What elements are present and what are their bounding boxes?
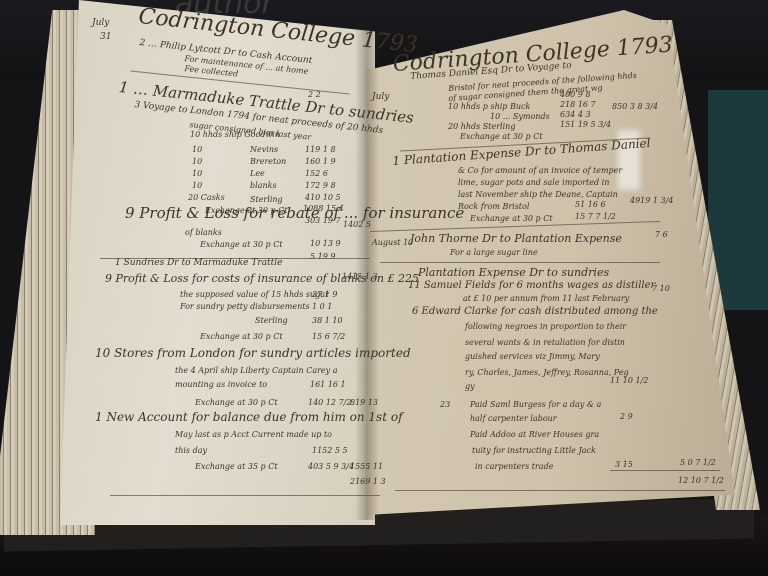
exchange-amount: 5 19 9 xyxy=(310,252,335,261)
entry-sub: following negroes in proportion to their xyxy=(465,322,626,331)
entry-paid-addoo: Paid Addoo at River Houses gra xyxy=(470,430,599,439)
entry-profit-loss-total: 1402 5 xyxy=(343,220,371,229)
entry-profit-loss: 9 Profit & Loss for rebate of ... for in… xyxy=(125,204,464,222)
entry-sub: the supposed value of 15 hhds sugar xyxy=(180,290,329,299)
entry-new-account: 1 New Account for balance due from him o… xyxy=(95,410,403,424)
entry-sub: at £ 10 per annum from 11 last February xyxy=(463,294,629,303)
entry-sub: this day xyxy=(175,446,207,455)
entry-total: 850 3 8 3/4 xyxy=(612,102,658,111)
entry-sub: 10 hhds p ship Buck xyxy=(448,102,530,111)
exchange-label: Exchange at 30 p Ct xyxy=(470,214,553,223)
entry-amount: 634 4 3 xyxy=(560,110,591,119)
entry-sub: in carpenters trade xyxy=(475,462,553,471)
item-name: Nevins xyxy=(250,145,278,154)
entry-amount: 37 1 9 xyxy=(312,290,337,299)
entry-total: 4919 1 3/4 xyxy=(630,196,673,205)
entry-amount: 51 16 6 xyxy=(575,200,606,209)
item-name: blanks xyxy=(250,181,277,190)
right-margin-date: July xyxy=(372,92,389,102)
rule xyxy=(110,495,380,496)
item-amount: 160 1 9 xyxy=(305,157,336,166)
item-qty: 20 Casks xyxy=(188,193,225,202)
sterling-label: Sterling xyxy=(255,316,288,325)
item-amount: 119 1 8 xyxy=(305,145,336,154)
entry-sub: Rock from Bristol xyxy=(458,202,529,211)
exchange-amount: 140 12 7/2 xyxy=(308,398,351,407)
entry-amount: 11 10 1/2 xyxy=(610,376,648,385)
entry-sub: For sundry petty disbursements xyxy=(180,302,310,311)
exchange-label: Exchange at 35 p Ct xyxy=(195,462,278,471)
entry-amount: 7 10 xyxy=(652,284,670,293)
item-amount: 152 6 xyxy=(305,169,328,178)
entry-john: John Thorne Dr to Plantation Expense xyxy=(410,232,622,245)
item-qty: 10 xyxy=(192,157,202,166)
item-qty: 10 xyxy=(192,181,202,190)
item-qty: 10 xyxy=(192,145,202,154)
entry-sub: 20 hhds Sterling xyxy=(448,122,515,131)
exchange-amount: 403 5 9 3/4 xyxy=(308,462,354,471)
entry-paid-burgess: Paid Saml Burgess for a day & a xyxy=(470,400,601,409)
exchange-amount: 15 6 7/2 xyxy=(312,332,345,341)
entry-edward: 6 Edward Clarke for cash distributed amo… xyxy=(412,306,658,317)
entry-sub: tuity for instructing Little Jack xyxy=(472,446,596,455)
exchange-label: Exchange at 30 p Ct xyxy=(460,132,543,141)
entry-subtotal: 5 0 7 1/2 xyxy=(680,458,716,467)
exchange-label: Exchange at 30 p Ct xyxy=(195,398,278,407)
left-margin-day: 31 xyxy=(100,32,111,42)
rule xyxy=(610,470,720,471)
entry-amount: 15 7 7 1/2 xyxy=(575,212,616,221)
item-name: Sterling xyxy=(250,195,283,204)
entry-ship: 10 hhds ship Goodwin xyxy=(190,130,280,139)
entry-sub: May last as p Acct Current made up to xyxy=(175,430,332,439)
entry-sub: guished services viz Jimmy, Mary xyxy=(465,352,600,361)
entry-amount: 1152 5 5 xyxy=(312,446,348,455)
exchange-label: Exchange at 30 p Ct xyxy=(200,240,283,249)
exchange-label: Exchange at 30 p Ct xyxy=(200,332,283,341)
entry-date: August 10 xyxy=(372,238,413,247)
left-margin-date: July xyxy=(92,18,109,28)
entry-profit-loss-sub: of blanks xyxy=(185,228,222,237)
entry-amount: 7 6 xyxy=(655,230,668,239)
entry-amount: 2 9 xyxy=(620,412,633,421)
entry-sub: the 4 April ship Liberty Captain Carey a xyxy=(175,366,338,375)
entry-sub: & Co for amount of an invoice of temper xyxy=(458,166,622,175)
entry-sub: lime, sugar pots and sale imported in xyxy=(458,178,609,187)
entry-amount: 218 16 7 xyxy=(560,100,596,109)
sterling-amount: 38 1 10 xyxy=(312,316,343,325)
item-amount: 410 10 5 xyxy=(305,193,341,202)
item-name: Lee xyxy=(250,169,265,178)
entry-sundries: 1 Sundries Dr to Marmaduke Trattle xyxy=(115,258,282,268)
entry-sub: For a large sugar line xyxy=(450,248,538,257)
entry-date: 23 xyxy=(440,400,450,409)
entry-amount: 400 9 8 xyxy=(560,90,591,99)
entry-sub: half carpenter labour xyxy=(470,414,557,423)
entry-sub: gy xyxy=(465,382,475,391)
left-grand-total: 2169 1 3 xyxy=(350,477,386,486)
entry-amount: 161 16 1 xyxy=(310,380,346,389)
entry-sub: 10 ... Symonds xyxy=(490,112,550,121)
entry-amount: 151 19 5 3/4 xyxy=(560,120,611,129)
item-name: Brereton xyxy=(250,157,286,166)
entry-samuel: 11 Samuel Fields for 6 months wages as d… xyxy=(408,280,655,291)
entry-profit-loss-amount: 303 19 7 xyxy=(305,216,341,225)
rule xyxy=(380,262,660,263)
exchange-total: 1555 11 xyxy=(350,462,383,471)
entry-amount: 1 0 1 xyxy=(312,302,332,311)
entry-sub: several wants & in retaliation for disti… xyxy=(465,338,625,347)
entry-sub: mounting as invoice to xyxy=(175,380,267,389)
entry-stores: 10 Stores from London for sundry article… xyxy=(95,346,411,360)
right-grand-total: 12 10 7 1/2 xyxy=(678,476,724,485)
item-amount: 172 9 8 xyxy=(305,181,336,190)
exchange-total: 819 13 xyxy=(350,398,378,407)
exchange-amount: 10 13 9 xyxy=(310,239,341,248)
entry-plantation-2: Plantation Expense Dr to sundries xyxy=(418,266,609,279)
rule xyxy=(395,490,725,491)
item-qty: 10 xyxy=(192,169,202,178)
entry-sub: last November ship the Deane, Captain xyxy=(458,190,618,199)
entry-sub: ry, Charles, James, Jeffrey, Rosanna, Pe… xyxy=(465,368,629,377)
entry-profit-loss-2: 9 Profit & Loss for costs of insurance o… xyxy=(105,272,419,285)
entry-amount: 3 15 xyxy=(615,460,633,469)
